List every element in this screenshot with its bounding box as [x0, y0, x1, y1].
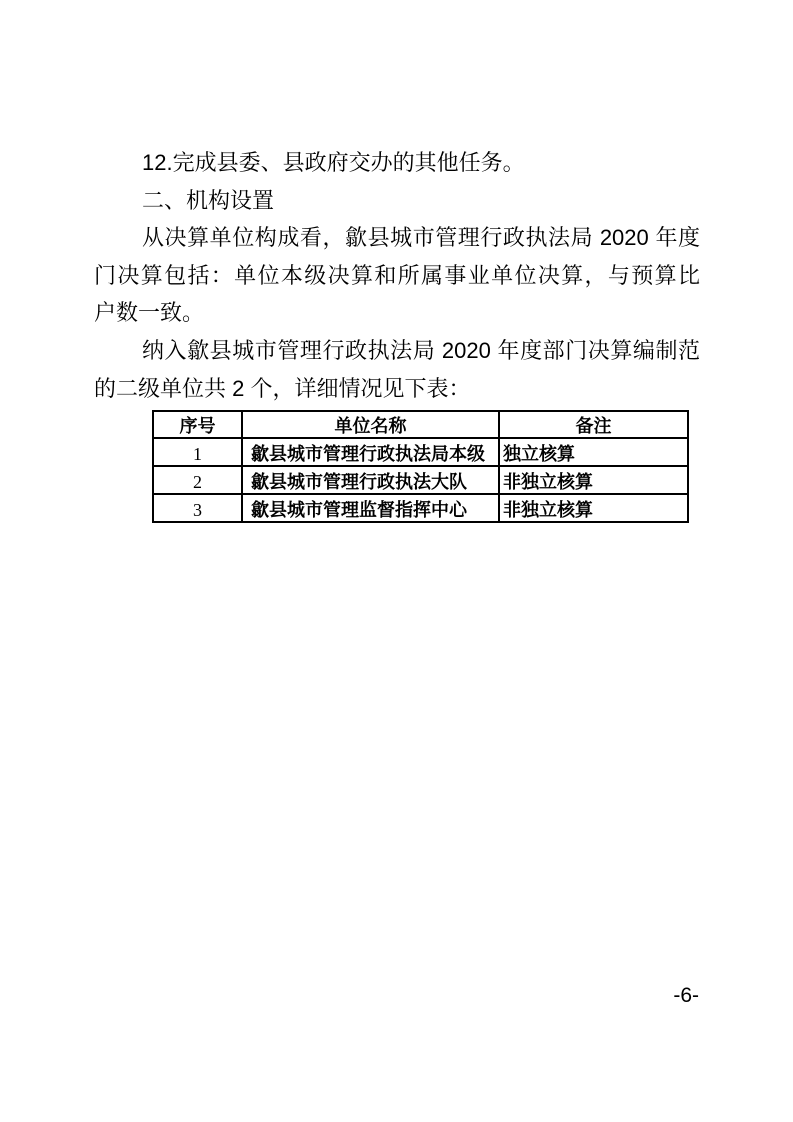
cell-remark: 独立核算 — [499, 438, 688, 466]
body-line-1: 12.完成县委、县政府交办的其他任务。 — [94, 144, 700, 182]
table-row: 1 歙县城市管理行政执法局本级 独立核算 — [153, 438, 688, 466]
cell-remark: 非独立核算 — [499, 466, 688, 494]
cell-unit-name: 歙县城市管理监督指挥中心 — [242, 494, 499, 522]
table-header-row: 序号 单位名称 备注 — [153, 411, 688, 438]
cell-serial: 3 — [153, 494, 242, 522]
body-line-7: 的二级单位共 2 个，详细情况见下表： — [94, 370, 700, 408]
body-line-4: 门决算包括：单位本级决算和所属事业单位决算，与预算比较， — [94, 257, 700, 295]
body-line-6: 纳入歙县城市管理行政执法局 2020 年度部门决算编制范围 — [94, 332, 700, 370]
cell-remark: 非独立核算 — [499, 494, 688, 522]
document-page: 12.完成县委、县政府交办的其他任务。 二、机构设置 从决算单位构成看，歙县城市… — [0, 0, 793, 1122]
cell-unit-name: 歙县城市管理行政执法大队 — [242, 466, 499, 494]
header-remark: 备注 — [499, 411, 688, 438]
header-serial-number: 序号 — [153, 411, 242, 438]
header-unit-name: 单位名称 — [242, 411, 499, 438]
body-line-2: 二、机构设置 — [94, 182, 700, 220]
body-line-3: 从决算单位构成看，歙县城市管理行政执法局 2020 年度部 — [94, 219, 700, 257]
cell-serial: 2 — [153, 466, 242, 494]
body-line-5: 户数一致。 — [94, 294, 700, 332]
cell-serial: 1 — [153, 438, 242, 466]
units-table: 序号 单位名称 备注 1 歙县城市管理行政执法局本级 独立核算 2 歙县城市管理… — [152, 410, 689, 523]
cell-unit-name: 歙县城市管理行政执法局本级 — [242, 438, 499, 466]
table-row: 3 歙县城市管理监督指挥中心 非独立核算 — [153, 494, 688, 522]
document-body: 12.完成县委、县政府交办的其他任务。 二、机构设置 从决算单位构成看，歙县城市… — [94, 144, 700, 407]
table-row: 2 歙县城市管理行政执法大队 非独立核算 — [153, 466, 688, 494]
page-number: -6- — [673, 984, 699, 1008]
